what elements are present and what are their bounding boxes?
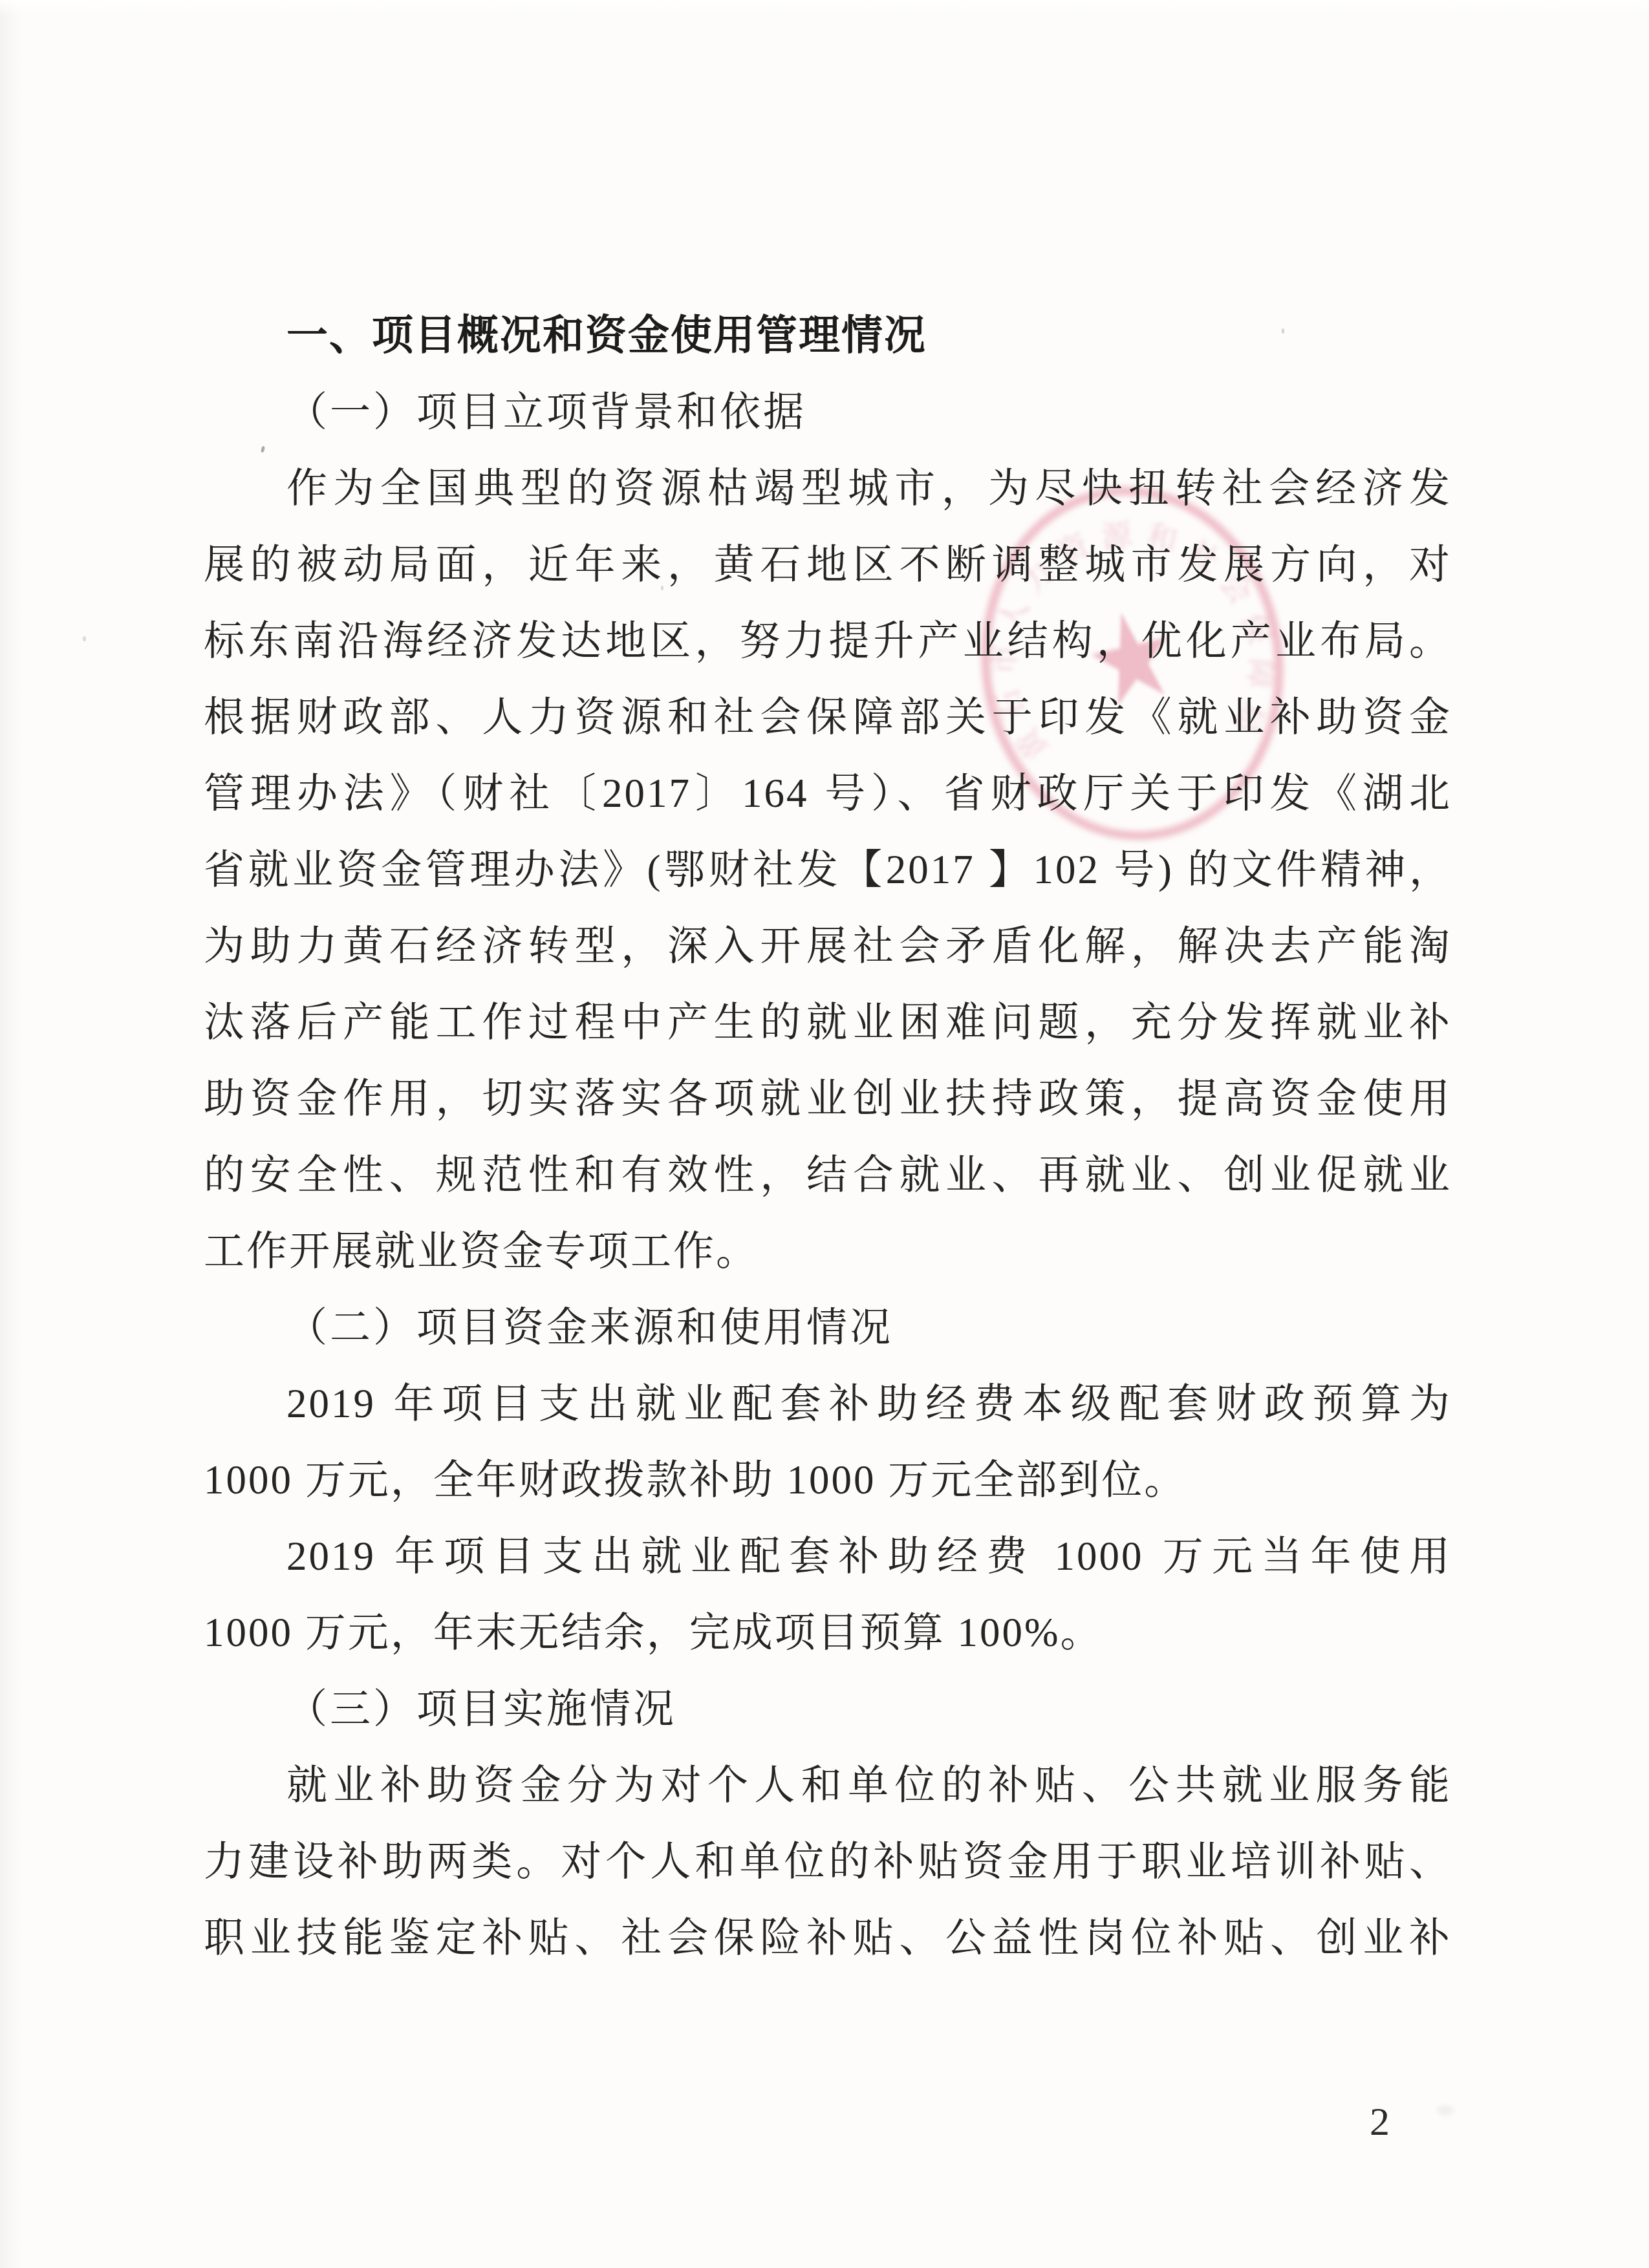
scan-speck [83,636,86,641]
text-line: 为助力黄石经济转型，深入开展社会矛盾化解，解决去产能淘 [204,908,1452,984]
document-body: 一、项目概况和资金使用管理情况（一）项目立项背景和依据作为全国典型的资源枯竭型城… [204,297,1452,1976]
subsection-heading: （一）项目立项背景和依据 [204,374,1452,450]
text-line: 1000 万元，全年财政拨款补助 1000 万元全部到位。 [204,1442,1452,1518]
text-line: 管理办法》（财社〔2017〕164 号）、省财政厅关于印发《湖北 [204,755,1452,831]
text-line: 工作开展就业资金专项工作。 [204,1213,1452,1289]
text-line: 2019 年项目支出就业配套补助经费 1000 万元当年使用 [204,1518,1452,1594]
text-line: 展的被动局面，近年来，黄石地区不断调整城市发展方向，对 [204,526,1452,603]
text-line: 汰落后产能工作过程中产生的就业困难问题，充分发挥就业补 [204,984,1452,1060]
text-line: 助资金作用，切实落实各项就业创业扶持政策，提高资金使用 [204,1060,1452,1137]
scan-speck [1437,2105,1454,2115]
scan-speck [661,586,663,590]
text-line: 就业补助资金分为对个人和单位的补贴、公共就业服务能 [204,1747,1452,1823]
subsection-heading: （三）项目实施情况 [204,1671,1452,1747]
text-line: 作为全国典型的资源枯竭型城市，为尽快扭转社会经济发 [204,450,1452,526]
text-line: 的安全性、规范性和有效性，结合就业、再就业、创业促就业 [204,1137,1452,1213]
text-line: 职业技能鉴定补贴、社会保险补贴、公益性岗位补贴、创业补 [204,1899,1452,1976]
scanned-document-page: 黄石市人力资源和社会保障局 ★ 一、项目概况和资金使用管理情况（一）项目立项背景… [0,0,1649,2268]
subsection-heading: （二）项目资金来源和使用情况 [204,1289,1452,1365]
text-line: 1000 万元，年末无结余，完成项目预算 100%。 [204,1594,1452,1671]
scan-speck [396,1094,398,1098]
text-line: 标东南沿海经济发达地区，努力提升产业结构，优化产业布局。 [204,603,1452,679]
text-line: 2019 年项目支出就业配套补助经费本级配套财政预算为 [204,1365,1452,1442]
text-line: 力建设补助两类。对个人和单位的补贴资金用于职业培训补贴、 [204,1823,1452,1899]
section-heading: 一、项目概况和资金使用管理情况 [204,297,1452,374]
page-number: 2 [1370,2099,1390,2145]
text-line: 根据财政部、人力资源和社会保障部关于印发《就业补助资金 [204,679,1452,755]
scan-speck [1282,328,1284,334]
text-line: 省就业资金管理办法》(鄂财社发【2017 】102 号) 的文件精神， [204,831,1452,908]
